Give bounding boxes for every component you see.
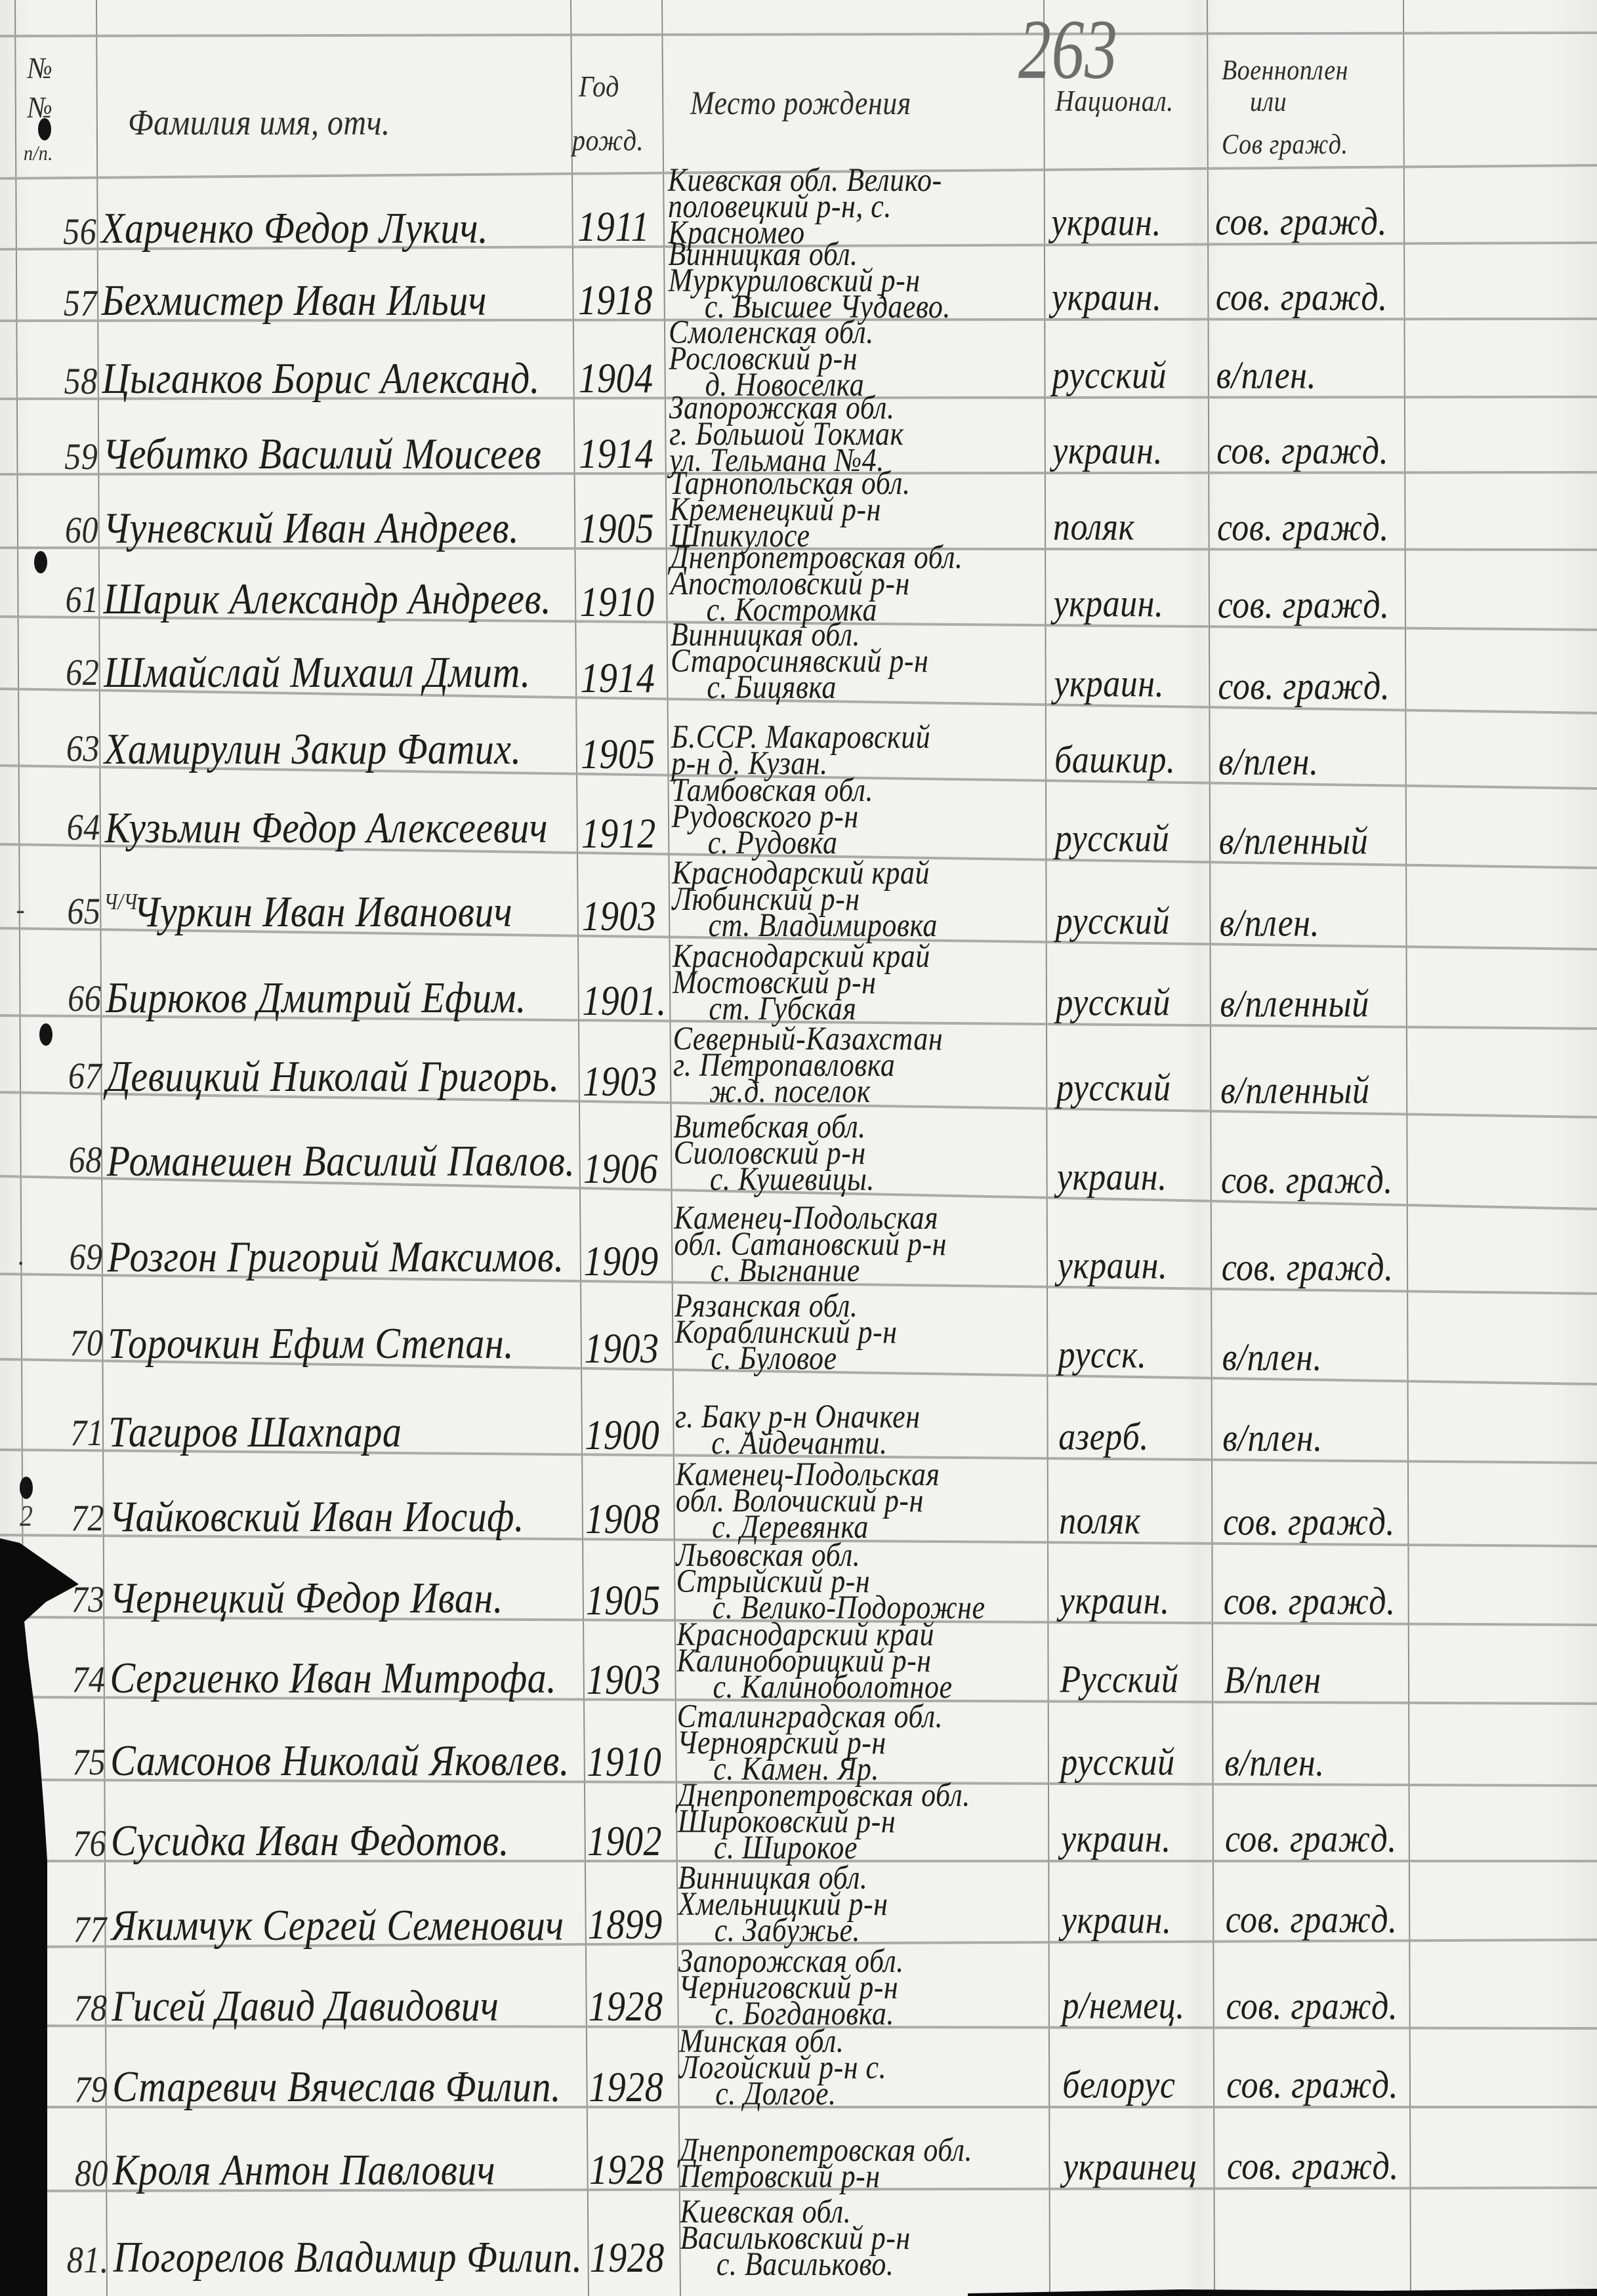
- nationality: русский: [1056, 984, 1170, 1023]
- birth-year: 1909: [584, 1240, 659, 1282]
- header-birth-year: рожд.: [572, 125, 644, 155]
- citizenship-status: В/плен: [1224, 1662, 1321, 1701]
- citizenship-status: в/плен.: [1218, 743, 1318, 783]
- punch-hole: [39, 1023, 52, 1046]
- birth-year: 1905: [586, 1579, 661, 1621]
- birth-year: 1900: [585, 1414, 659, 1456]
- citizenship-status: сов. гражд.: [1226, 2066, 1398, 2106]
- citizenship-status: в/пленный: [1219, 823, 1368, 862]
- birthplace-line: с. Буловое: [711, 1342, 837, 1375]
- full-name: Шарик Александр Андреев.: [104, 577, 552, 621]
- birthplace-line: ж.д. поселок: [709, 1075, 871, 1108]
- scan-bottom-shadow: [968, 2289, 1597, 2296]
- row-number: 59: [64, 438, 98, 476]
- birth-year: 1928: [589, 2149, 664, 2191]
- full-name: Кроля Антон Павлович: [113, 2148, 495, 2192]
- row-number: 79: [74, 2070, 108, 2108]
- birthplace-line: с. Кушевицы.: [710, 1162, 875, 1196]
- row-number: 81.: [67, 2241, 109, 2279]
- birth-year: 1914: [579, 433, 653, 475]
- header-number-mark: №: [28, 92, 52, 123]
- citizenship-status: сов. гражд.: [1218, 586, 1390, 626]
- nationality: украин.: [1054, 585, 1164, 625]
- citizenship-status: сов. гражд.: [1222, 1249, 1394, 1288]
- margin-mark: -: [16, 894, 25, 924]
- citizenship-status: сов. гражд.: [1221, 1162, 1393, 1201]
- archive-document-page: 263 № № п/п. Фамилия имя, отч. Год рожд.…: [0, 0, 1597, 2296]
- birthplace-line: с. Выгнание: [711, 1254, 860, 1287]
- row-number: 57: [64, 284, 97, 322]
- citizenship-status: сов. гражд.: [1223, 1503, 1395, 1542]
- row-number: 71: [70, 1414, 104, 1452]
- row-number: 68: [69, 1141, 102, 1179]
- full-name: Хамирулин Закир Фатих.: [104, 728, 522, 771]
- header-status: Военноплен: [1222, 56, 1348, 85]
- nationality: русский: [1055, 820, 1169, 859]
- citizenship-status: сов. гражд.: [1218, 667, 1390, 707]
- citizenship-status: в/пленный: [1220, 985, 1369, 1025]
- nationality: поляк: [1059, 1502, 1140, 1542]
- header-status: или: [1250, 87, 1287, 116]
- header-birth-year: Год: [579, 72, 619, 102]
- row-number: 56: [63, 212, 96, 250]
- citizenship-status: в/плен.: [1222, 1338, 1322, 1378]
- birth-year: 1918: [578, 279, 653, 321]
- full-name: Чернецкий Федор Иван.: [110, 1576, 503, 1620]
- column-rule: [1207, 0, 1214, 2296]
- row-number: 69: [70, 1238, 103, 1276]
- nationality: украин.: [1061, 1820, 1171, 1860]
- row-number: 80: [75, 2154, 108, 2192]
- row-number: 67: [68, 1056, 102, 1094]
- birth-year: 1902: [587, 1820, 662, 1862]
- nationality: украин.: [1052, 279, 1162, 318]
- birthplace-line: с. Долгое.: [715, 2077, 836, 2110]
- row-number: 64: [67, 808, 100, 846]
- nationality: белорус: [1062, 2066, 1175, 2106]
- citizenship-status: в/пленный: [1220, 1071, 1369, 1111]
- header-number-label: п/п.: [24, 143, 53, 164]
- birth-year: 1912: [581, 813, 656, 855]
- row-number: 76: [73, 1824, 106, 1862]
- birth-year: 1928: [588, 1986, 663, 2028]
- row-number: 66: [68, 979, 101, 1017]
- column-rule: [1044, 0, 1050, 2296]
- row-number: 75: [72, 1743, 106, 1781]
- row-number: 77: [73, 1910, 107, 1948]
- full-name: Цыганков Борис Александ.: [102, 356, 540, 400]
- header-number-mark: №: [28, 53, 52, 83]
- citizenship-status: сов. гражд.: [1227, 2148, 1399, 2187]
- birth-year: 1910: [580, 581, 655, 623]
- full-name: Погорелов Владимир Филип.: [114, 2236, 583, 2280]
- birth-year: 1903: [584, 1328, 659, 1370]
- full-name: Бехмистер Иван Ильич: [102, 278, 487, 322]
- birth-year: 1901.: [582, 980, 667, 1022]
- full-name: Кузьмин Федор Алексеевич: [105, 806, 548, 850]
- birth-year: 1908: [585, 1498, 660, 1540]
- birth-year: 1903: [582, 895, 657, 937]
- full-name: Чебитко Василий Моисеев: [102, 432, 541, 476]
- citizenship-status: в/плен.: [1224, 1744, 1324, 1783]
- row-number: 58: [64, 362, 98, 400]
- citizenship-status: в/плен.: [1220, 904, 1319, 943]
- full-name: Девицкий Николай Григорь.: [106, 1054, 560, 1098]
- full-name: Самсонов Николай Яковлев.: [110, 1738, 570, 1782]
- header-full-name: Фамилия имя, отч.: [128, 105, 390, 141]
- citizenship-status: сов. гражд.: [1226, 1987, 1398, 2026]
- header-nationality: Национал.: [1055, 86, 1174, 116]
- full-name: Чайковский Иван Иосиф.: [109, 1495, 524, 1539]
- margin-mark: 2: [20, 1500, 33, 1530]
- nationality: русский: [1060, 1743, 1174, 1782]
- nationality: украинец: [1063, 2148, 1197, 2187]
- page-number: 263: [1018, 7, 1118, 92]
- citizenship-status: сов. гражд.: [1217, 508, 1389, 548]
- citizenship-status: сов. гражд.: [1225, 1820, 1397, 1860]
- birthplace-line: с. Васильково.: [716, 2247, 894, 2281]
- nationality: украин.: [1052, 432, 1163, 472]
- birth-year: 1905: [579, 508, 654, 550]
- nationality: украин.: [1062, 1901, 1172, 1940]
- birth-year: 1906: [583, 1148, 658, 1190]
- birthplace-line: с. Айдечанти.: [711, 1426, 887, 1460]
- row-number: 63: [66, 729, 100, 768]
- row-number: 61: [66, 581, 99, 619]
- birth-year: 1899: [588, 1904, 663, 1946]
- full-name: Гисей Давид Давидович: [112, 1984, 499, 2028]
- row-number: 72: [71, 1498, 104, 1536]
- full-name: Чуркин Иван Иванович: [133, 890, 512, 933]
- row-number: 74: [72, 1660, 105, 1698]
- row-number: 62: [66, 653, 99, 690]
- full-name: Чуневский Иван Андреев.: [103, 506, 519, 550]
- citizenship-status: сов. гражд.: [1215, 203, 1387, 243]
- margin-mark: .: [18, 1240, 26, 1270]
- nationality: украин.: [1051, 204, 1161, 243]
- header-status: Сов гражд.: [1222, 130, 1348, 159]
- birth-year: 1904: [579, 358, 653, 400]
- full-name: Харченко Федор Лукич.: [101, 206, 488, 250]
- row-number: 70: [70, 1323, 103, 1361]
- full-name: Якимчук Сергей Семенович: [112, 1904, 564, 1948]
- citizenship-status: в/плен.: [1222, 1420, 1322, 1459]
- citizenship-status: сов. гражд.: [1216, 432, 1388, 471]
- nationality: русский: [1056, 902, 1170, 941]
- full-name: Розгон Григорий Максимов.: [108, 1235, 564, 1279]
- full-name: Сусидка Иван Федотов.: [111, 1819, 509, 1863]
- punch-hole: [34, 551, 47, 573]
- header-birthplace: Место рождения: [690, 87, 911, 120]
- scan-edge-shadow: [0, 1538, 79, 2296]
- row-number: 73: [72, 1580, 105, 1618]
- nationality: азерб.: [1058, 1418, 1149, 1458]
- full-name: Торочкин Ефим Степан.: [108, 1321, 514, 1365]
- birth-year: 1911: [577, 206, 650, 248]
- row-number: 65: [67, 892, 100, 930]
- full-name: Старевич Вячеслав Филип.: [112, 2065, 561, 2109]
- full-name: Бирюков Дмитрий Ефим.: [106, 975, 526, 1019]
- nationality: русский: [1052, 357, 1167, 396]
- column-rule: [1403, 0, 1411, 2296]
- row-number: 60: [65, 511, 98, 549]
- birth-year: 1905: [581, 733, 655, 775]
- nationality: украин.: [1057, 1158, 1167, 1198]
- birth-year: 1910: [587, 1741, 661, 1783]
- birth-year: 1914: [580, 657, 655, 699]
- nationality: Русский: [1060, 1661, 1179, 1700]
- citizenship-status: сов. гражд.: [1226, 1900, 1398, 1940]
- nationality: р/немец.: [1062, 1987, 1184, 2026]
- full-name: Романешен Василий Павлов.: [107, 1139, 575, 1183]
- full-name: Тагиров Шахпара: [108, 1410, 402, 1454]
- punch-hole: [20, 1477, 33, 1499]
- nationality: русск.: [1058, 1336, 1147, 1375]
- nationality: русский: [1056, 1069, 1171, 1108]
- birthplace-line: Петровский р-н: [680, 2160, 881, 2193]
- row-rule: [0, 33, 1597, 36]
- citizenship-status: сов. гражд.: [1216, 278, 1388, 318]
- nationality: поляк: [1053, 508, 1134, 548]
- birth-year: 1928: [589, 2066, 663, 2108]
- nationality: украин.: [1054, 665, 1164, 705]
- citizenship-status: в/плен.: [1216, 356, 1316, 396]
- birthplace-line: с. Бицявка: [707, 671, 837, 705]
- row-number: 78: [73, 1989, 107, 2027]
- citizenship-status: сов. гражд.: [1224, 1582, 1396, 1622]
- correction-mark: Ч/Ч: [104, 891, 137, 914]
- birth-year: 1903: [583, 1061, 657, 1103]
- full-name: Сергиенко Иван Митрофа.: [110, 1656, 556, 1700]
- nationality: башкир.: [1054, 741, 1175, 780]
- birth-year: 1928: [590, 2237, 665, 2279]
- birth-year: 1903: [586, 1659, 661, 1701]
- full-name: Шмайслай Михаил Дмит.: [104, 651, 530, 695]
- nationality: украин.: [1060, 1582, 1170, 1621]
- nationality: украин.: [1058, 1247, 1168, 1286]
